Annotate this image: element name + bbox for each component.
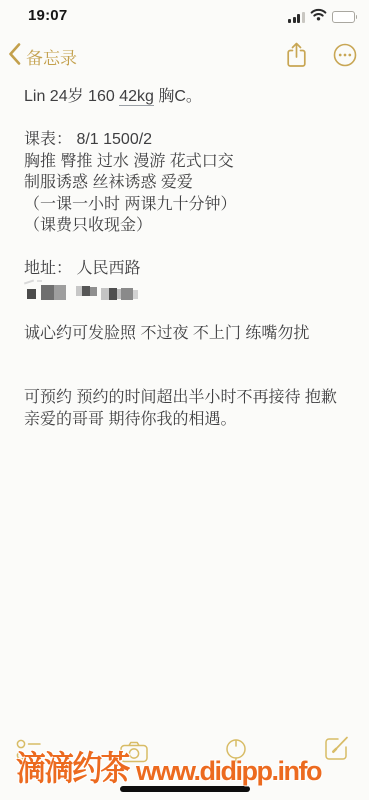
- note-line-booking1: 可预约 预约的时间超出半小时不再接待 抱歉: [24, 387, 363, 409]
- nav-bar: 备忘录: [0, 34, 369, 76]
- notes-app-screen: 19:07 备忘录: [0, 0, 369, 800]
- back-button-label: 备忘录: [26, 44, 77, 69]
- status-bar: 19:07: [0, 0, 369, 32]
- signal-icon: [288, 12, 305, 23]
- note-line-note1: （一课一小时 两课九十分钟）: [24, 194, 363, 216]
- share-button[interactable]: [286, 42, 307, 68]
- blank-line: [24, 301, 363, 323]
- back-button[interactable]: 备忘录: [8, 43, 77, 70]
- redacted-mosaic: [24, 280, 363, 302]
- note-line-schedule: 课表： 8/1 1500/2: [24, 129, 363, 151]
- battery-icon: [332, 11, 358, 23]
- more-button[interactable]: [333, 43, 357, 67]
- camera-icon[interactable]: [120, 741, 148, 763]
- nav-actions: [286, 42, 357, 68]
- underlined-weight: 42kg: [119, 88, 154, 106]
- note-line-services2: 制服诱惑 丝袜诱惑 爱爱: [24, 172, 363, 194]
- home-indicator[interactable]: [120, 786, 250, 792]
- back-chevron-icon: [8, 43, 21, 70]
- note-line-note2: （课费只收现金）: [24, 215, 363, 237]
- markup-icon[interactable]: [224, 738, 248, 764]
- note-line-address: 地址： 人民西路: [24, 258, 363, 280]
- compose-icon[interactable]: [324, 735, 350, 761]
- note-line-rules: 诚心约可发脸照 不过夜 不上门 练嘴勿扰: [24, 323, 363, 345]
- checklist-icon[interactable]: [16, 737, 42, 763]
- bottom-toolbar: [0, 733, 369, 775]
- note-line-profile: Lin 24岁 160 42kg 胸C。: [24, 86, 363, 108]
- note-line-booking2: 亲爱的哥哥 期待你我的相遇。: [24, 409, 363, 431]
- blank-line: [24, 366, 363, 388]
- note-line-services1: 胸推 臀推 过水 漫游 花式口交: [24, 151, 363, 173]
- wifi-icon: [310, 8, 327, 26]
- status-icons: [288, 8, 357, 26]
- blank-line: [24, 344, 363, 366]
- status-time: 19:07: [28, 7, 67, 24]
- note-content[interactable]: Lin 24岁 160 42kg 胸C。 课表： 8/1 1500/2 胸推 臀…: [24, 86, 363, 430]
- blank-line: [24, 108, 363, 130]
- blank-line: [24, 237, 363, 259]
